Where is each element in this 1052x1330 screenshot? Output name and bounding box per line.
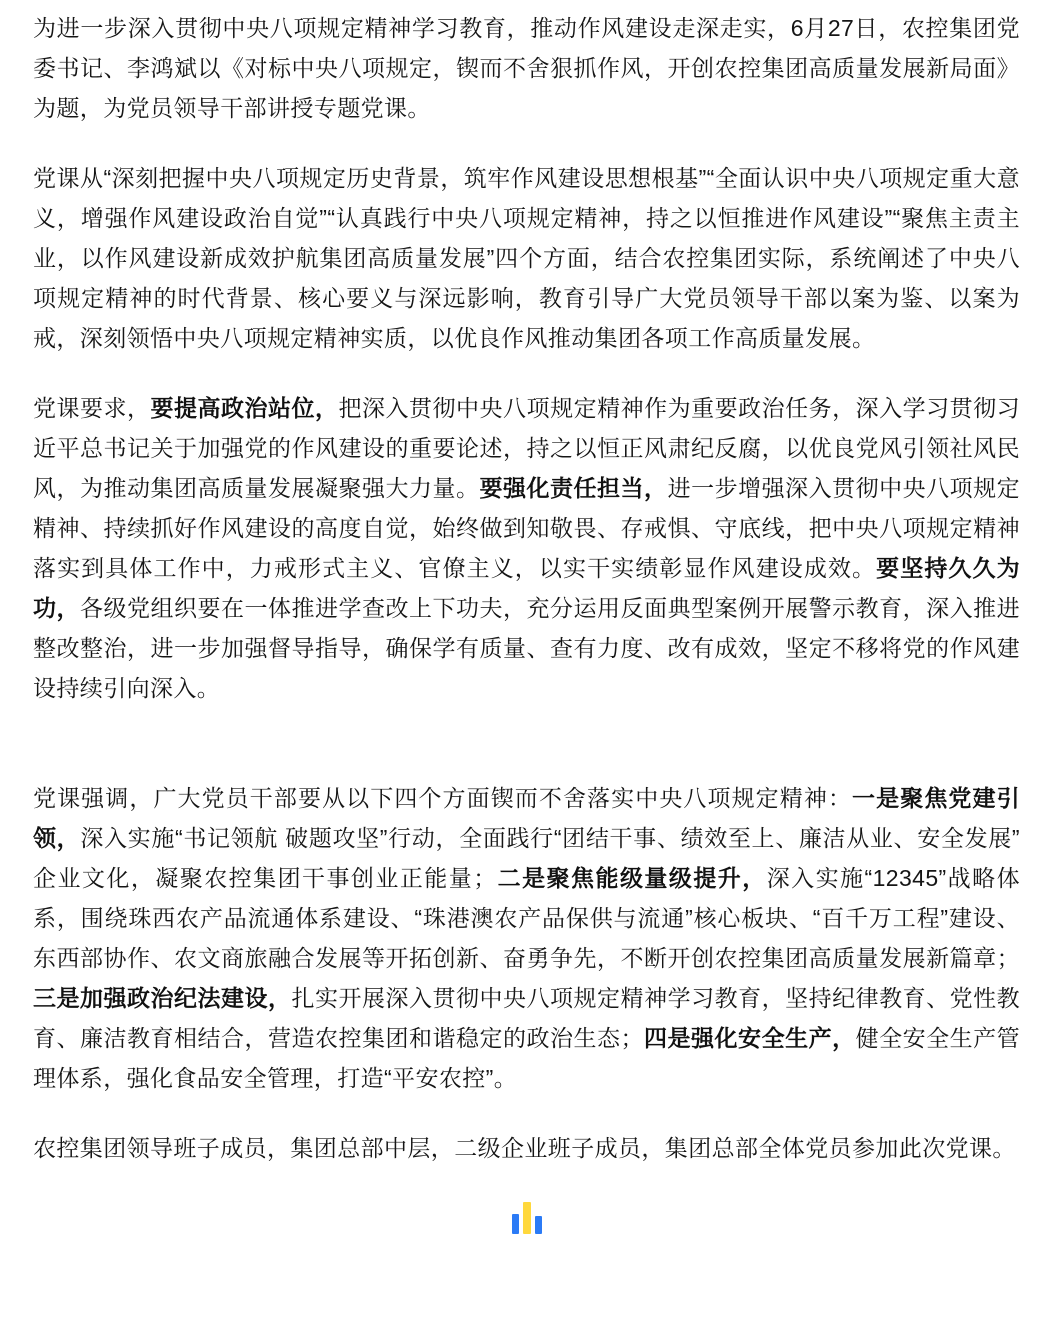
article-body: 为进一步深入贯彻中央八项规定精神学习教育，推动作风建设走深走实，6月27日，农控… bbox=[33, 8, 1020, 1168]
body-text: 党课强调，广大党员干部要从以下四个方面锲而不舍落实中央八项规定精神： bbox=[33, 785, 852, 811]
emphasis-text: 要强化责任担当， bbox=[480, 475, 668, 501]
body-text: 党课从“深刻把握中央八项规定历史背景，筑牢作风建设思想根基”“全面认识中央八项规… bbox=[33, 165, 1020, 351]
emphasis-text: 要提高政治站位， bbox=[151, 395, 339, 421]
body-text: 为进一步深入贯彻中央八项规定精神学习教育，推动作风建设走深走实，6月27日，农控… bbox=[33, 15, 1020, 121]
body-text: 各级党组织要在一体推进学查改上下功夫，充分运用反面典型案例开展警示教育，深入推进… bbox=[33, 595, 1020, 701]
body-text: 党课要求， bbox=[33, 395, 151, 421]
footer-logo bbox=[33, 1202, 1020, 1262]
body-text: 农控集团领导班子成员，集团总部中层，二级企业班子成员，集团总部全体党员参加此次党… bbox=[33, 1135, 1016, 1161]
paragraph: 党课强调，广大党员干部要从以下四个方面锲而不舍落实中央八项规定精神：一是聚焦党建… bbox=[33, 778, 1020, 1098]
logo-bar bbox=[523, 1202, 531, 1234]
emphasis-text: 三是加强政治纪法建设， bbox=[33, 985, 292, 1011]
article-page: 为进一步深入贯彻中央八项规定精神学习教育，推动作风建设走深走实，6月27日，农控… bbox=[0, 0, 1052, 1330]
logo-bar bbox=[535, 1216, 542, 1234]
paragraph: 农控集团领导班子成员，集团总部中层，二级企业班子成员，集团总部全体党员参加此次党… bbox=[33, 1128, 1020, 1168]
emphasis-text: 四是强化安全生产， bbox=[644, 1025, 856, 1051]
logo-bar bbox=[512, 1214, 519, 1234]
emphasis-text: 二是聚焦能级量级提升， bbox=[497, 865, 767, 891]
paragraph: 为进一步深入贯彻中央八项规定精神学习教育，推动作风建设走深走实，6月27日，农控… bbox=[33, 8, 1020, 128]
paragraph: 党课从“深刻把握中央八项规定历史背景，筑牢作风建设思想根基”“全面认识中央八项规… bbox=[33, 158, 1020, 358]
paragraph: 党课要求，要提高政治站位，把深入贯彻中央八项规定精神作为重要政治任务，深入学习贯… bbox=[33, 388, 1020, 708]
